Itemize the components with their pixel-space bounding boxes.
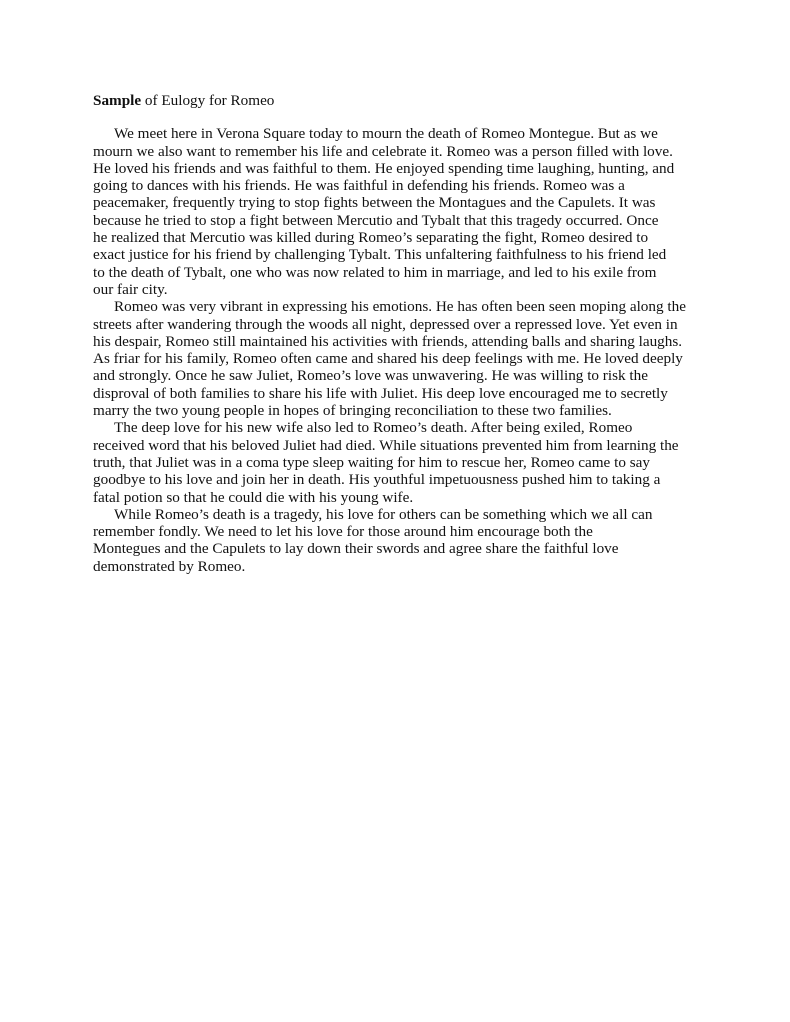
- text-line: received word that his beloved Juliet ha…: [93, 437, 713, 454]
- title-bold: Sample: [93, 92, 141, 109]
- text-line: We meet here in Verona Square today to m…: [93, 125, 713, 142]
- text-line: because he tried to stop a fight between…: [93, 212, 713, 229]
- title-rest: of Eulogy for Romeo: [141, 92, 274, 109]
- text-line: goodbye to his love and join her in deat…: [93, 471, 713, 488]
- text-line: demonstrated by Romeo.: [93, 558, 713, 575]
- text-line: Montegues and the Capulets to lay down t…: [93, 540, 713, 557]
- document-title: Sample of Eulogy for Romeo: [93, 92, 713, 109]
- text-line: While Romeo’s death is a tragedy, his lo…: [93, 506, 713, 523]
- text-line: As friar for his family, Romeo often cam…: [93, 350, 713, 367]
- paragraph-1: We meet here in Verona Square today to m…: [93, 125, 713, 298]
- text-line: his despair, Romeo still maintained his …: [93, 333, 713, 350]
- text-line: remember fondly. We need to let his love…: [93, 523, 713, 540]
- text-line: streets after wandering through the wood…: [93, 316, 713, 333]
- paragraph-4: While Romeo’s death is a tragedy, his lo…: [93, 506, 713, 575]
- text-line: He loved his friends and was faithful to…: [93, 160, 713, 177]
- document-page: Sample of Eulogy for Romeo We meet here …: [93, 92, 713, 575]
- text-line: he realized that Mercutio was killed dur…: [93, 229, 713, 246]
- text-line: to the death of Tybalt, one who was now …: [93, 264, 713, 281]
- text-line: our fair city.: [93, 281, 713, 298]
- text-line: marry the two young people in hopes of b…: [93, 402, 713, 419]
- text-line: mourn we also want to remember his life …: [93, 143, 713, 160]
- paragraph-2: Romeo was very vibrant in expressing his…: [93, 298, 713, 419]
- paragraph-3: The deep love for his new wife also led …: [93, 419, 713, 505]
- text-line: truth, that Juliet was in a coma type sl…: [93, 454, 713, 471]
- text-line: Romeo was very vibrant in expressing his…: [93, 298, 713, 315]
- text-line: fatal potion so that he could die with h…: [93, 489, 713, 506]
- text-line: disproval of both families to share his …: [93, 385, 713, 402]
- text-line: peacemaker, frequently trying to stop fi…: [93, 194, 713, 211]
- text-line: going to dances with his friends. He was…: [93, 177, 713, 194]
- text-line: and strongly. Once he saw Juliet, Romeo’…: [93, 367, 713, 384]
- text-line: The deep love for his new wife also led …: [93, 419, 713, 436]
- text-line: exact justice for his friend by challeng…: [93, 246, 713, 263]
